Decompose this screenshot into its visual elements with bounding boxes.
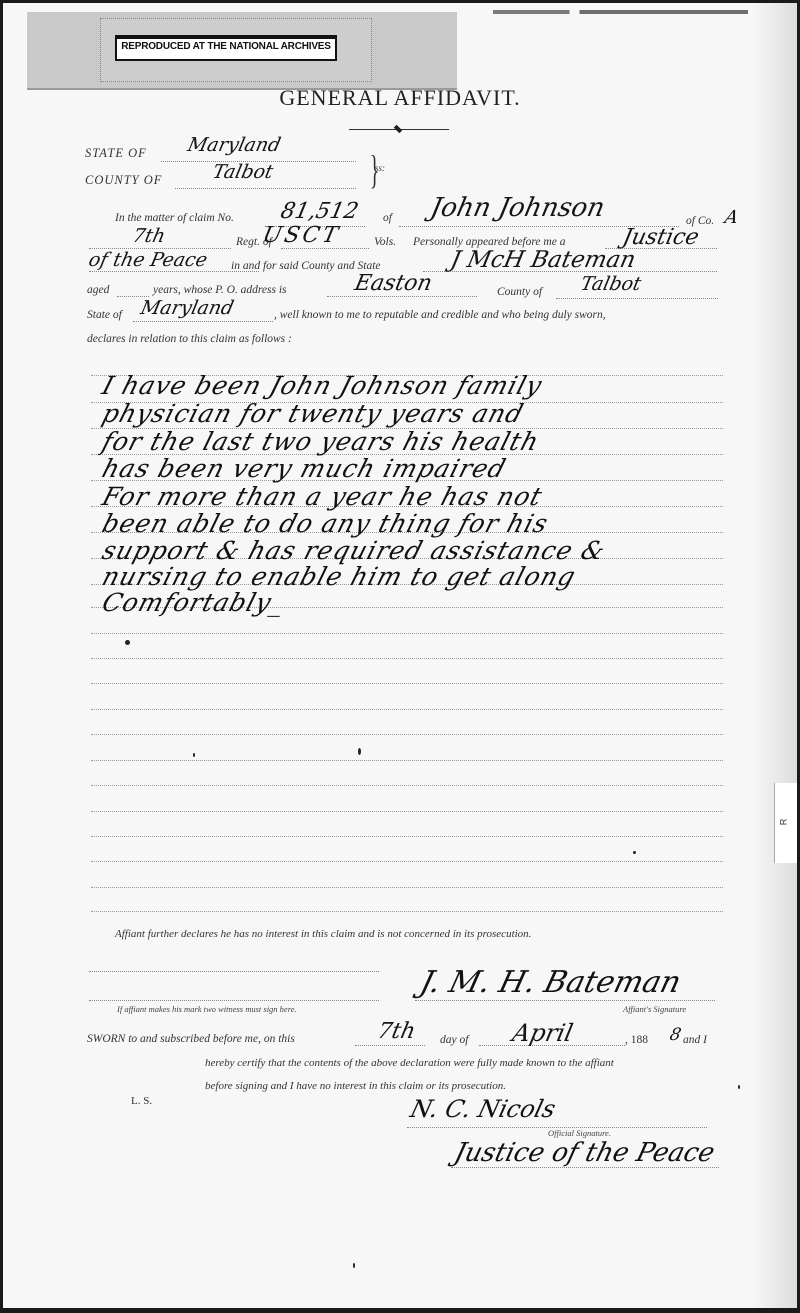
statement-line: Comfortably_ xyxy=(99,588,289,617)
year-prefix: , 188 xyxy=(625,1034,648,1046)
sworn-text: SWORN to and subscribed before me, on th… xyxy=(87,1033,295,1045)
scan-speck xyxy=(125,640,130,645)
statement-line: for the last two years his health xyxy=(99,427,543,456)
ruled-line xyxy=(91,734,723,735)
side-tab: R xyxy=(774,783,797,863)
certify-line-1: hereby certify that the contents of the … xyxy=(205,1057,614,1069)
officer-title-2: of the Peace xyxy=(87,249,210,271)
county-field-line xyxy=(175,188,356,189)
county-label: COUNTY OF xyxy=(85,173,162,188)
claim-label: In the matter of claim No. xyxy=(115,212,234,224)
month-value: April xyxy=(510,1019,575,1047)
scan-mark xyxy=(493,10,748,14)
company-value: A xyxy=(723,207,740,228)
mark-note: If affiant makes his mark two witness mu… xyxy=(117,1004,297,1014)
ruled-line xyxy=(91,811,723,812)
po-county-line xyxy=(556,298,718,299)
regiment-number: 7th xyxy=(131,225,168,247)
further-declares-text: Affiant further declares he has no inter… xyxy=(115,928,531,940)
state-value: Maryland xyxy=(186,134,283,156)
witness-line-2 xyxy=(89,1000,379,1001)
statement-line: support & has required assistance & xyxy=(99,536,609,565)
certify-line-2: before signing and I have no interest in… xyxy=(205,1080,506,1092)
day-value: 7th xyxy=(375,1019,417,1044)
side-tab-text: R xyxy=(778,819,788,826)
scan-speck xyxy=(353,1263,355,1268)
affiant-signature: J. M. H. Bateman xyxy=(417,965,685,1000)
page-title: GENERAL AFFIDAVIT. xyxy=(3,85,797,111)
ruled-line xyxy=(91,633,723,634)
year-digit: 8 xyxy=(668,1025,683,1045)
affiant-signature-line xyxy=(415,1000,715,1001)
day-line xyxy=(355,1045,425,1046)
ruled-line xyxy=(91,760,723,761)
ls-label: L. S. xyxy=(131,1095,152,1107)
official-signature-label: Official Signature. xyxy=(548,1128,611,1138)
regt-of-line xyxy=(281,248,369,249)
reputable-label: , well known to me to reputable and cred… xyxy=(274,309,606,321)
claimant-name: John Johnson xyxy=(428,193,608,223)
vols-label: Vols. xyxy=(374,236,396,248)
ruled-line xyxy=(91,658,723,659)
statement-line: For more than a year he has not xyxy=(99,482,546,511)
declares-label: declares in relation to this claim as fo… xyxy=(87,333,292,345)
ruled-line xyxy=(91,887,723,888)
statement-line: physician for twenty years and xyxy=(99,399,528,428)
witness-line-1 xyxy=(89,971,379,972)
scan-speck xyxy=(738,1085,740,1089)
ruled-line xyxy=(91,861,723,862)
state-of-label: State of xyxy=(87,309,122,321)
official-signature: N. C. Nicols xyxy=(408,1095,559,1123)
ruled-line xyxy=(91,911,723,912)
claim-number: 81,512 xyxy=(278,199,360,224)
ruled-line xyxy=(91,785,723,786)
scan-edge-shading xyxy=(752,3,797,1308)
scan-speck xyxy=(633,851,636,854)
po-address: Easton xyxy=(352,271,434,296)
county-value: Talbot xyxy=(211,161,276,183)
affiant-signature-label: Affiant's Signature xyxy=(623,1004,686,1014)
ruled-line xyxy=(91,683,723,684)
of-label: of xyxy=(383,212,392,224)
and-i-label: and I xyxy=(683,1034,707,1046)
statement-line: nursing to enable him to get along xyxy=(99,562,580,591)
state-label: STATE OF xyxy=(85,146,147,161)
affidavit-page: REPRODUCED AT THE NATIONAL ARCHIVES GENE… xyxy=(3,3,797,1308)
day-of-label: day of xyxy=(440,1034,468,1046)
years-label: years, whose P. O. address is xyxy=(153,284,287,296)
ruled-line xyxy=(91,709,723,710)
po-state-line xyxy=(133,321,273,322)
po-county: Talbot xyxy=(579,273,644,295)
archive-stamp: REPRODUCED AT THE NATIONAL ARCHIVES xyxy=(115,35,337,61)
official-title: Justice of the Peace xyxy=(451,1138,718,1168)
county-of-label: County of xyxy=(497,286,542,298)
po-state: Maryland xyxy=(139,297,236,319)
affiant-name: J McH Bateman xyxy=(448,247,638,273)
statement-line: I have been John Johnson family xyxy=(99,371,546,400)
scan-speck xyxy=(358,748,361,755)
regiment-of: USCT xyxy=(260,223,342,248)
title-ornament xyxy=(349,127,449,131)
aged-label: aged xyxy=(87,284,109,296)
scan-speck xyxy=(193,753,195,757)
archive-tab-strip: REPRODUCED AT THE NATIONAL ARCHIVES xyxy=(27,12,457,90)
ruled-line xyxy=(91,836,723,837)
statement-line: has been very much impaired xyxy=(99,454,510,483)
ss-label: ss: xyxy=(375,163,385,173)
po-address-line xyxy=(327,296,477,297)
statement-line: been able to do any thing for his xyxy=(99,509,552,538)
